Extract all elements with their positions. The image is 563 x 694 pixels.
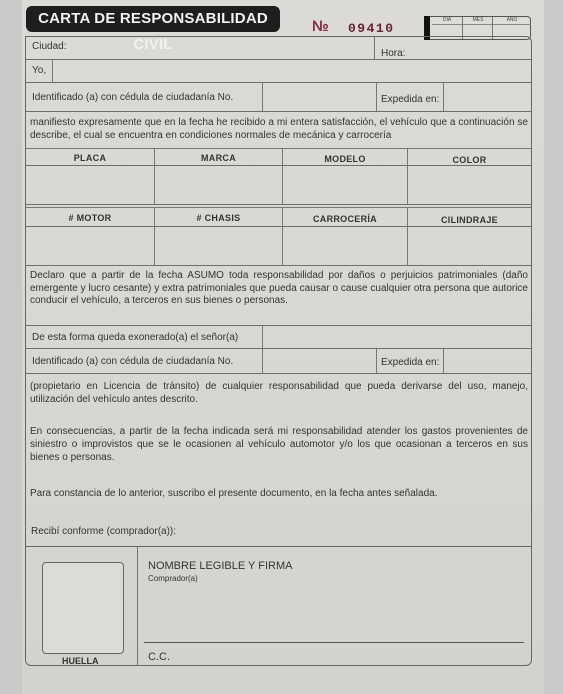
header-color: COLOR [408,155,531,165]
city-field[interactable]: Ciudad: [26,37,375,59]
id-label: Identificado (a) con cédula de ciudadaní… [32,92,233,103]
carroceria-field[interactable] [283,227,408,265]
city-time-row: Ciudad: Hora: [26,37,531,60]
header-placa: PLACA [26,153,154,163]
statement-1-row: manifiesto expresamente que en la fecha … [26,112,531,148]
chasis-field[interactable] [155,227,283,265]
day-label: DIA [432,17,462,25]
exoneration-id-row: Identificado (a) con cédula de ciudadaní… [26,349,531,374]
vehicle-table-1-values [26,166,531,205]
col-divider [407,208,408,266]
signature-field[interactable] [144,587,524,637]
statement-5: Para constancia de lo anterior, suscribo… [30,488,528,501]
marca-field[interactable] [155,166,283,204]
city-label: Ciudad: [32,41,66,52]
me-label: Yo, [32,65,46,76]
header-modelo: MODELO [283,154,407,164]
statement-3: (propietario en Licencia de tránsito) de… [30,381,528,406]
statement-2-row: Declaro que a partir de la fecha ASUMO t… [26,266,531,326]
motor-field[interactable] [26,227,155,265]
divider [26,546,531,547]
time-label: Hora: [381,48,405,59]
month-label: MES [463,17,493,25]
me-row: Yo, [26,60,531,83]
color-field[interactable] [408,166,531,204]
issued-label-cell: Expedida en: [377,83,444,111]
placa-field[interactable] [26,166,155,204]
statement-1: manifiesto expresamente que en la fecha … [30,117,528,142]
exoneration-label: De esta forma queda exonerado(a) el seño… [32,332,238,343]
statement-4: En consecuencias, a partir de la fecha i… [30,425,528,464]
exoneration-id-label: Identificado (a) con cédula de ciudadaní… [32,356,233,367]
exoneration-label-cell: De esta forma queda exonerado(a) el seño… [26,326,263,348]
col-divider [154,208,155,266]
exoneration-issued-field[interactable] [444,349,531,373]
number-sign: № [312,18,329,35]
header-marca: MARCA [155,153,282,163]
col-divider [407,149,408,205]
statement-2: Declaro que a partir de la fecha ASUMO t… [30,270,528,308]
fingerprint-box[interactable] [42,562,124,654]
modelo-field[interactable] [283,166,408,204]
signature-name-label: NOMBRE LEGIBLE Y FIRMA [148,560,292,572]
form-body: Ciudad: Hora: Yo, Identificado (a) con c… [25,36,532,666]
id-number-field[interactable] [263,83,377,111]
vehicle-table-2-header: # MOTOR # CHASIS CARROCERÍA CILINDRAJE [26,208,531,227]
exonerated-name-field[interactable] [263,326,531,348]
issued-label: Expedida en: [381,94,439,105]
cilindraje-field[interactable] [408,227,531,265]
received-label: Recibí conforme (comprador(a)): [31,526,176,537]
fingerprint-label: HUELLA [62,656,99,666]
header-carroceria: CARROCERÍA [283,214,407,224]
cc-label: C.C. [148,651,170,663]
id-row: Identificado (a) con cédula de ciudadaní… [26,83,531,112]
exoneration-id-label-cell: Identificado (a) con cédula de ciudadaní… [26,349,263,373]
col-divider [154,149,155,205]
vehicle-table-1-header: PLACA MARCA MODELO COLOR [26,149,531,166]
me-label-cell: Yo, [26,60,53,82]
col-divider [282,208,283,266]
id-label-cell: Identificado (a) con cédula de ciudadaní… [26,83,263,111]
header-motor: # MOTOR [26,213,154,223]
cc-field[interactable] [171,647,521,663]
header-chasis: # CHASIS [155,213,282,223]
time-field[interactable]: Hora: [375,37,531,59]
document-title: CARTA DE RESPONSABILIDAD CIVIL [26,6,280,32]
signature-divider [137,547,138,665]
header-cilindraje: CILINDRAJE [408,215,531,225]
me-field[interactable] [53,60,531,82]
document-number: 09410 [348,21,395,36]
exoneration-issued-label: Expedida en: [381,357,439,368]
issued-field[interactable] [444,83,531,111]
signature-role-label: Comprador(a) [148,574,198,583]
year-label: AÑO [493,17,531,25]
signature-line [144,642,524,643]
exoneration-row: De esta forma queda exonerado(a) el seño… [26,326,531,349]
col-divider [282,149,283,205]
exoneration-id-field[interactable] [263,349,377,373]
vehicle-table-2-values [26,227,531,266]
divider [26,207,531,208]
exoneration-issued-label-cell: Expedida en: [377,349,444,373]
